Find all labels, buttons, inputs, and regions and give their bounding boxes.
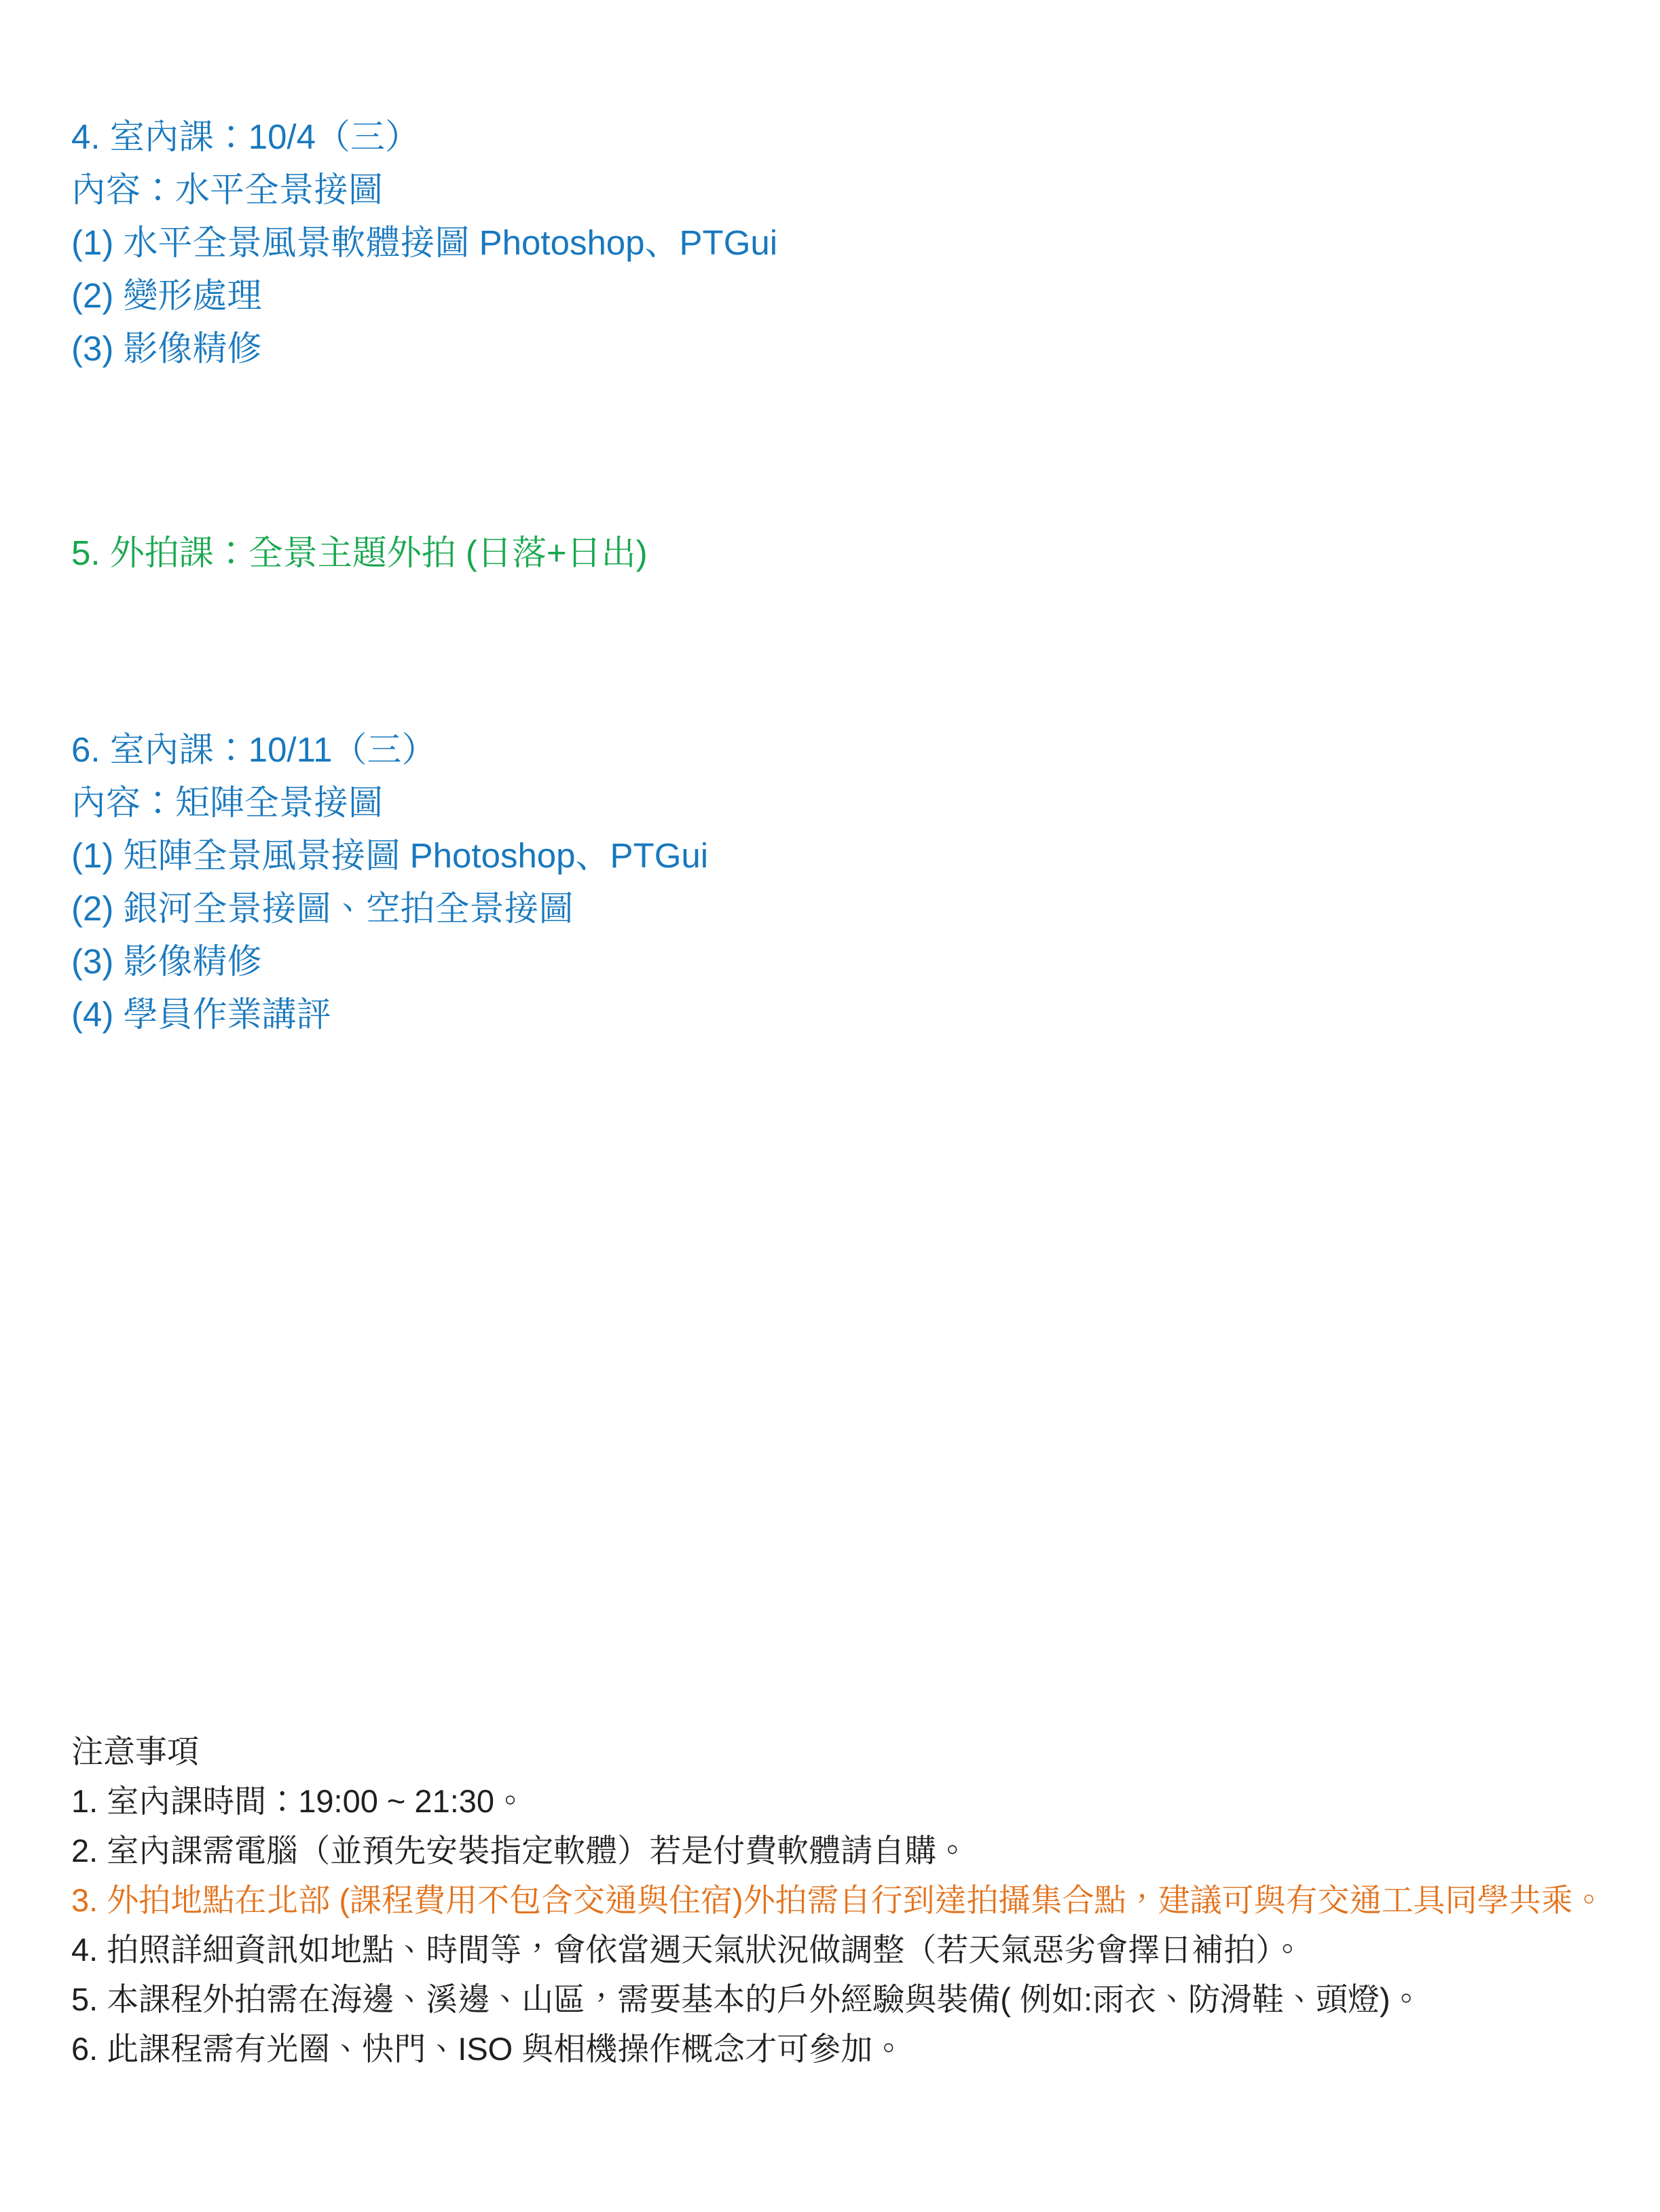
section-6-item-1: (1) 矩陣全景風景接圖 Photoshop、PTGui (71, 829, 1626, 882)
notes-title: 注意事項 (71, 1727, 1626, 1776)
course-section-indoor-class-4: 4. 室內課：10/4（三） 內容：水平全景接圖 (1) 水平全景風景軟體接圖 … (71, 111, 1626, 375)
section-6-item-3: (3) 影像精修 (71, 935, 1626, 988)
note-item-1: 1. 室內課時間：19:00 ~ 21:30。 (71, 1776, 1626, 1826)
section-4-item-1: (1) 水平全景風景軟體接圖 Photoshop、PTGui (71, 217, 1626, 269)
note-item-6: 6. 此課程需有光圈、快門、ISO 與相機操作概念才可參加。 (71, 2024, 1626, 2074)
section-4-content-line: 內容：水平全景接圖 (71, 164, 1626, 217)
section-4-heading: 4. 室內課：10/4（三） (71, 111, 1626, 164)
section-4-item-3: (3) 影像精修 (71, 322, 1626, 375)
section-6-item-2: (2) 銀河全景接圖、空拍全景接圖 (71, 882, 1626, 935)
section-6-heading: 6. 室內課：10/11（三） (71, 724, 1626, 776)
note-item-3: 3. 外拍地點在北部 (課程費用不包含交通與住宿)外拍需自行到達拍攝集合點，建議… (71, 1875, 1626, 1925)
note-item-4: 4. 拍照詳細資訊如地點、時間等，會依當週天氣狀況做調整（若天氣惡劣會擇日補拍）… (71, 1925, 1626, 1974)
course-section-indoor-class-6: 6. 室內課：10/11（三） 內容：矩陣全景接圖 (1) 矩陣全景風景接圖 P… (71, 724, 1626, 1041)
note-item-2: 2. 室內課需電腦（並預先安裝指定軟體）若是付費軟體請自購。 (71, 1826, 1626, 1875)
course-section-outdoor-class-5: 5. 外拍課：全景主題外拍 (日落+日出) (71, 527, 1626, 580)
section-5-heading: 5. 外拍課：全景主題外拍 (日落+日出) (71, 527, 1626, 580)
section-6-content-line: 內容：矩陣全景接圖 (71, 776, 1626, 829)
notes-section: 注意事項 1. 室內課時間：19:00 ~ 21:30。 2. 室內課需電腦（並… (71, 1727, 1626, 2074)
section-4-item-2: (2) 變形處理 (71, 269, 1626, 322)
note-item-5: 5. 本課程外拍需在海邊、溪邊、山區，需要基本的戶外經驗與裝備( 例如:雨衣、防… (71, 1974, 1626, 2024)
section-6-item-4: (4) 學員作業講評 (71, 988, 1626, 1041)
course-outline-page: 4. 室內課：10/4（三） 內容：水平全景接圖 (1) 水平全景風景軟體接圖 … (0, 0, 1660, 2212)
